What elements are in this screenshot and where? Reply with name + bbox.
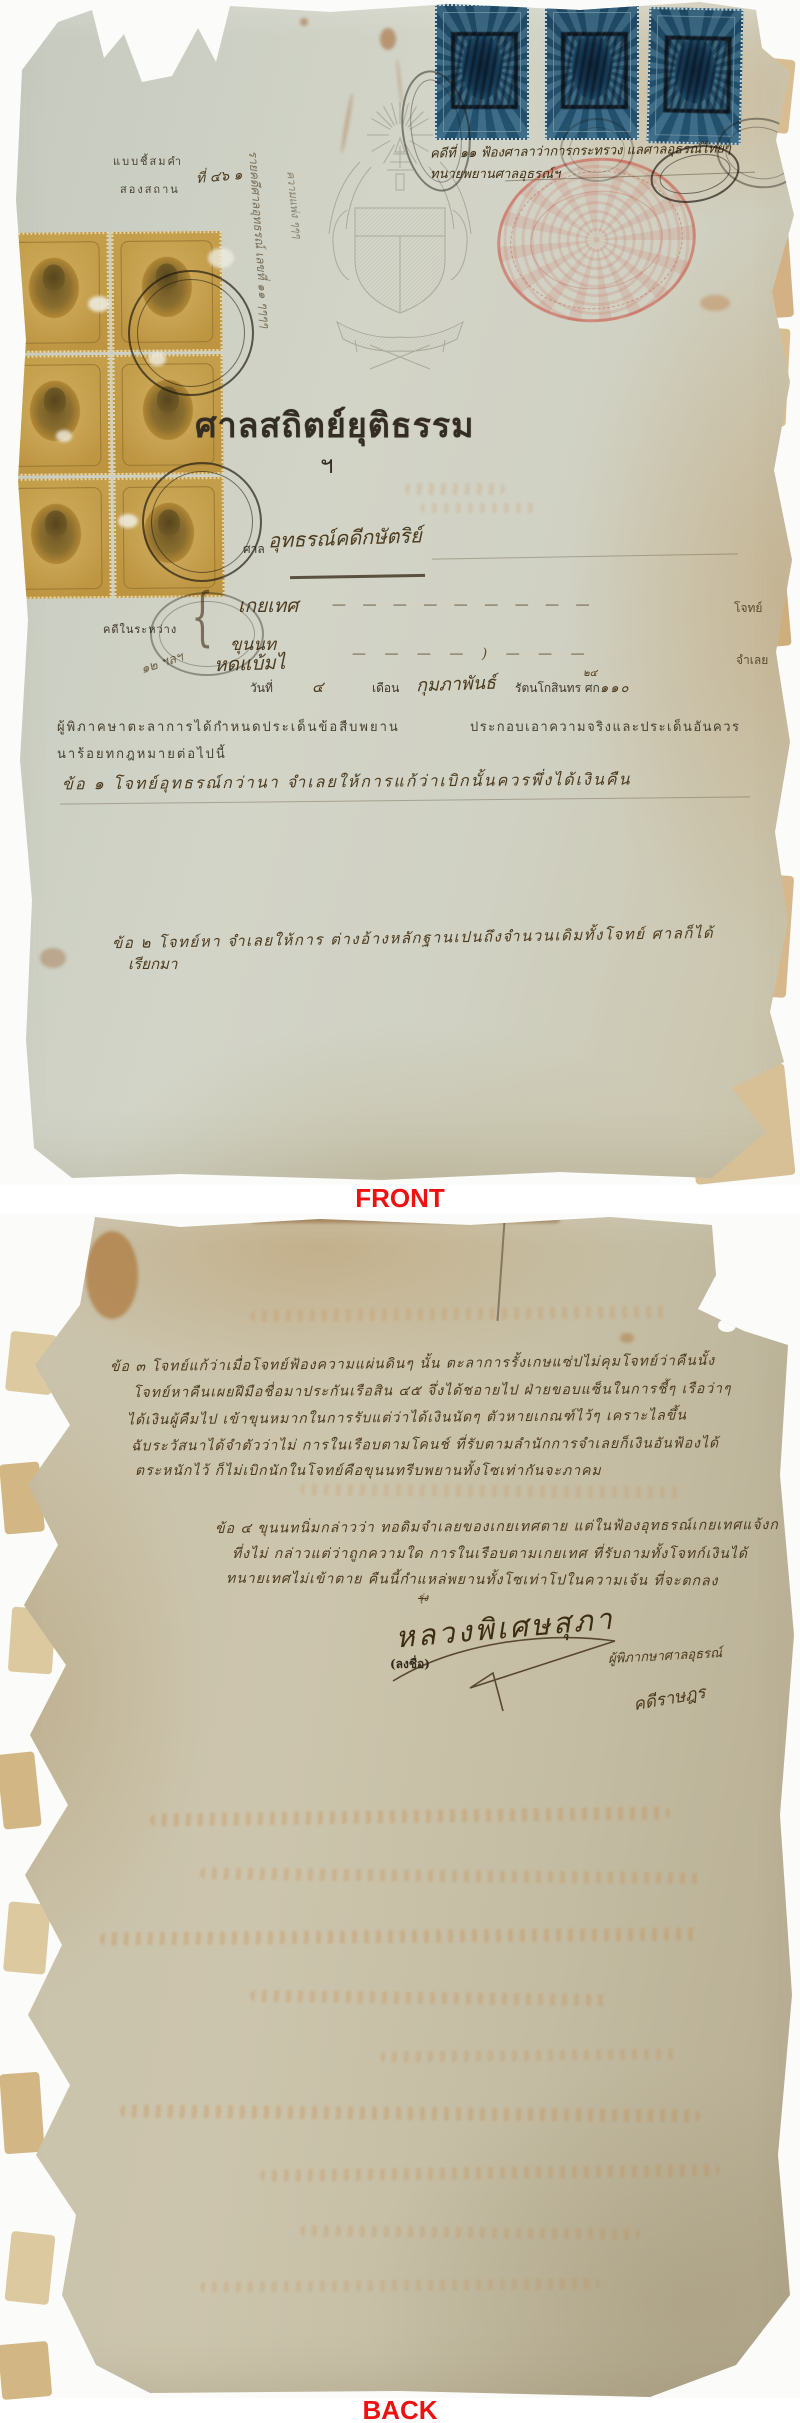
postmark [142, 462, 262, 582]
back-paragraph2-line: ที่งไม่ กล่าวแต่ว่าถูกความใด การในเรือบต… [232, 1543, 748, 1565]
tape-chip [3, 1901, 51, 1974]
printed-paragraph-line1a: ผู้พิภาคษาตะลาการได้กำหนดประเด็นข้อสืบพย… [57, 716, 400, 737]
clause-2-handwritten-line1: ข้อ ๒ โจทย์หา จำเลยให้การ ต่างอ้างหลักฐา… [112, 921, 715, 956]
bleedthrough-streak [150, 1806, 670, 1826]
defendant-dashes: — — — — ) — — — [352, 646, 592, 662]
date-era-year: ๑๑๐ [600, 677, 630, 698]
bleedthrough-streak [200, 2278, 600, 2292]
stamp-overprint [663, 36, 732, 114]
yellow-stamp [0, 232, 109, 353]
header-note-line1: แบบชี้สมคำ [113, 152, 183, 170]
bleedthrough-streak [200, 1867, 700, 1884]
clause-1-handwritten: ข้อ ๑ โจทย์อุทธรณ์กว่านา จำเลยให้การแก้ว… [62, 768, 632, 798]
clause-2-handwritten-line2: เรียกมา [128, 952, 177, 976]
tape-chip [0, 2072, 45, 2155]
back-paragraph1-line: ตระหนักไว้ ก็ไม่เบิกนักในโจทย์คือขุนนทรี… [135, 1460, 602, 1482]
back-paragraph2-line: ทนายเทศไม่เข้าตาย คืนนี้กำแหล่พยานทั้งโซ… [226, 1568, 719, 1593]
date-era-note: ๒๔ [583, 666, 597, 681]
yellow-stamp [0, 355, 111, 476]
back-paragraph1-line: ฉับระวัสนาได้จำตัวว่าไม่ การในเรือบตามโค… [131, 1432, 719, 1457]
tape-chip [0, 2341, 52, 2400]
court-title: ศาลสถิตย์ยุติธรรม [195, 398, 475, 452]
signature-flourish [375, 1603, 645, 1723]
date-label-month: เดือน [372, 679, 399, 698]
postmark [128, 270, 254, 396]
date-day: ๔ [312, 675, 323, 699]
scuff-mark [208, 248, 234, 268]
front-document-paper: แบบชี้สมคำ สองสถาน ที่ ๔๖ ๑ รายคดีศาลอุท… [0, 0, 800, 1185]
heavy-dash-line [290, 574, 425, 579]
stamp-overprint [561, 32, 628, 109]
header-note-line2: สองสถาน [120, 180, 180, 198]
bleedthrough-streak [300, 1483, 680, 1498]
back-paragraph1-line: ข้อ ๓ โจทย์แก้ว่าเมื่อโจทย์ฟ้องความแผ่นด… [110, 1350, 715, 1378]
stain [380, 28, 396, 50]
header-note-handwritten: ที่ ๔๖ ๑ [195, 164, 243, 190]
bleedthrough-streak [300, 2225, 640, 2240]
bleedthrough-streak [380, 2048, 680, 2062]
yellow-stamp [1, 478, 112, 599]
scuff-mark [56, 430, 72, 442]
plaintiff-dashes: — — — — — — — — — [332, 597, 596, 613]
bleedthrough-streak [260, 2164, 720, 2182]
bleedthrough-streak [100, 1927, 700, 1945]
bleedthrough-streak [250, 1306, 670, 1322]
back-document-paper: ข้อ ๓ โจทย์แก้ว่าเมื่อโจทย์ฟ้องความแผ่นด… [0, 1213, 800, 2398]
plaintiff-label: โจทย์ [734, 599, 762, 618]
clause-1-underline [60, 796, 750, 804]
margin-note-vertical: รายคดีศาลอุทธรณ์ เลขที่ ๑๑ ๆๆๆๆ [243, 150, 274, 329]
back-caption-text: BACK [362, 2395, 437, 2423]
stain [250, 1213, 560, 1223]
bleedthrough-streak [405, 483, 505, 495]
printed-paragraph-line1b: ประกอบเอาความจริงและประเด็นอันควร [470, 716, 741, 737]
postmark [150, 592, 264, 676]
date-label-day: วันที่ [250, 679, 273, 698]
tape-chip [4, 2231, 55, 2305]
bleedthrough-streak [120, 2104, 700, 2122]
back-paragraph1-line: โจทย์หาคืนเผยฝีมือชื่อมาประกันเรือสิน ๔๕… [133, 1378, 732, 1404]
back-paragraph1-line: ได้เงินผู้คืมไป เข้าขุนหมากในการรับแต่ว่… [127, 1405, 687, 1432]
bleedthrough-streak [420, 503, 540, 513]
scuff-mark [88, 296, 110, 312]
date-month: กุมภาพันธ์ [416, 668, 497, 700]
stain [620, 1333, 634, 1343]
defendant-label: จำเลย [736, 651, 768, 670]
front-caption: FRONT [0, 1184, 800, 1213]
bleedthrough-streak [250, 1990, 610, 2006]
back-paragraph2-line: ข้อ ๔ ขุนนทนิ่มกล่าวว่า ทอดิมจำเลยของเกย… [215, 1514, 779, 1540]
back-scan: ข้อ ๓ โจทย์แก้ว่าเมื่อโจทย์ฟ้องความแผ่นด… [0, 1213, 800, 2398]
front-scan: แบบชี้สมคำ สองสถาน ที่ ๔๖ ๑ รายคดีศาลอุท… [0, 0, 800, 1185]
date-label-era: รัตนโกสินทร ศก [515, 679, 600, 698]
blue-revenue-stamp [647, 7, 744, 145]
stain [40, 948, 66, 968]
front-caption-text: FRONT [355, 1183, 445, 1213]
title-flourish: ฯ [320, 445, 333, 484]
back-caption: BACK [0, 2397, 800, 2423]
postmark [560, 118, 634, 182]
scuff-mark [118, 514, 138, 528]
stain [300, 18, 308, 26]
stain [700, 295, 730, 311]
stain [86, 1231, 138, 1319]
tape-chip [0, 1751, 42, 1830]
court-name-handwritten: อุทธรณ์คดีกษัตริย์ [267, 519, 422, 556]
paper-crack [497, 1221, 506, 1321]
paper-hole [742, 1325, 749, 1331]
paper-hole [718, 1319, 736, 1332]
printed-paragraph-line2: นาร้อยทกฎหมายต่อไปนี้ [57, 743, 227, 764]
ruled-line [432, 553, 738, 559]
